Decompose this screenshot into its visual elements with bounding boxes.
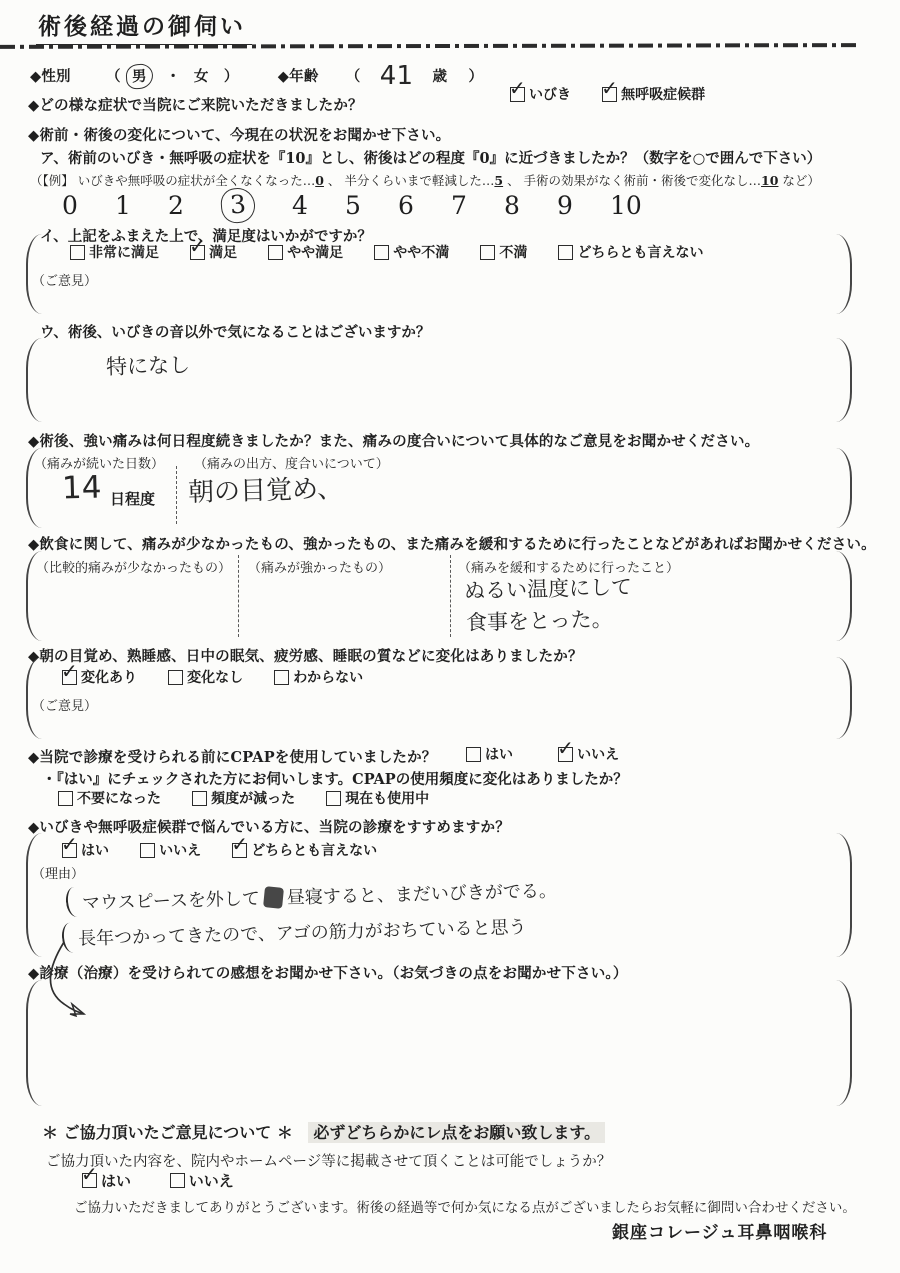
checkbox-cpap-still-using-icon[interactable]	[326, 791, 341, 806]
checkbox-dissatisfied-icon[interactable]	[480, 245, 495, 260]
recommend-reason-line2[interactable]: 長年つかってきたので、アゴの筋力がおちていると思う	[62, 911, 527, 953]
recommend-answer-box: はい いいえ どちらとも言えない （理由） マウスピースを外して昼寝すると、まだ…	[26, 833, 852, 957]
option-somewhat-dissatisfied[interactable]: やや不満	[374, 242, 449, 262]
gender-female: 女	[194, 68, 209, 85]
checkbox-recommend-no-icon[interactable]	[140, 843, 155, 858]
sleep-comment-label: （ご意見）	[32, 695, 97, 714]
option-recommend-no[interactable]: いいえ	[140, 840, 201, 860]
scale-4[interactable]: 4	[292, 191, 308, 220]
questionnaire-page: 術後経過の御伺い ◆性別 （ 男 ・ 女 ） ◆年齢 （ 41 歳 ） ◆どの様…	[0, 0, 900, 1273]
checkbox-apnea-icon[interactable]	[602, 87, 617, 102]
option-publish-no[interactable]: いいえ	[170, 1170, 234, 1191]
checkbox-cpap-unneeded-icon[interactable]	[58, 791, 73, 806]
symptom-question: ◆どの様な症状で当院にご来院いただきましたか？	[28, 94, 363, 115]
profile-row: ◆性別 （ 男 ・ 女 ） ◆年齢 （ 41 歳 ）	[30, 61, 483, 91]
option-somewhat-satisfied[interactable]: やや満足	[268, 242, 343, 262]
checkbox-satisfied-icon[interactable]	[190, 245, 205, 260]
option-satisfied[interactable]: 満足	[190, 242, 237, 262]
change-example: （【例】 いびきや無呼吸の症状が全くなくなった…0 、 半分くらいまで軽減した……	[30, 171, 820, 189]
other-concerns-answer-box: 特になし	[26, 338, 852, 422]
checkbox-cpap-less-frequent-icon[interactable]	[192, 791, 207, 806]
satisfaction-comment-label: （ご意見）	[32, 270, 97, 289]
page-title: 術後経過の御伺い	[36, 8, 252, 45]
option-no-change[interactable]: 変化なし	[168, 667, 243, 687]
option-neither-satisfaction[interactable]: どちらとも言えない	[558, 242, 703, 262]
satisfaction-options: 非常に満足 満足 やや満足 やや不満 不満 どちらとも言えない	[70, 242, 729, 264]
thanks-note: ご協力いただきましてありがとうございます。術後の経過等で何か気になる点がございま…	[74, 1196, 856, 1216]
rating-scale: 0 1 2 3 4 5 6 7 8 9 10	[62, 188, 642, 223]
option-unknown[interactable]: わからない	[274, 667, 363, 687]
option-publish-yes[interactable]: はい	[82, 1170, 131, 1191]
option-cpap-yes[interactable]: はい	[466, 744, 513, 764]
checkbox-very-satisfied-icon[interactable]	[70, 245, 85, 260]
scale-6[interactable]: 6	[398, 191, 414, 220]
cpap-followup-question: ・『はい』にチェックされた方にお伺いします。CPAPの使用頻度に変化はありました…	[42, 768, 628, 789]
change-heading: ◆術前・術後の変化について、今現在の状況をお聞かせ下さい。	[28, 124, 450, 145]
scale-2[interactable]: 2	[168, 191, 184, 220]
sleep-options: 変化あり 変化なし わからない	[62, 667, 389, 689]
checkbox-publish-no-icon[interactable]	[170, 1173, 185, 1188]
scale-9[interactable]: 9	[557, 191, 573, 220]
checkbox-recommend-neither-icon[interactable]	[232, 843, 247, 858]
publish-question: ご協力頂いた内容を、院内やホームページ等に掲載させて頂くことは可能でしょうか？	[46, 1150, 611, 1171]
food-answer-box: （比較的痛みが少なかったもの） （痛みが強かったもの） （痛みを緩和するために行…	[26, 551, 852, 641]
food-col1-label: （比較的痛みが少なかったもの）	[36, 557, 231, 576]
option-snoring[interactable]: いびき	[510, 84, 571, 104]
gender-male-circled: 男	[125, 63, 153, 89]
checkbox-cpap-no-icon[interactable]	[558, 747, 573, 762]
option-apnea[interactable]: 無呼吸症候群	[602, 84, 705, 104]
clinic-name: 銀座コレージュ耳鼻咽喉科	[612, 1218, 827, 1243]
food-divider-2	[450, 555, 451, 637]
scale-0[interactable]: 0	[62, 191, 78, 220]
handwritten-arrow-icon	[30, 942, 120, 1034]
food-divider-1	[238, 555, 239, 637]
age-label: ◆年齢	[278, 68, 319, 85]
checkbox-recommend-yes-icon[interactable]	[62, 843, 77, 858]
pain-detail-value[interactable]: 朝の目覚め、	[188, 468, 344, 509]
change-question-a: ア、術前のいびき・無呼吸の症状を『10』とし、術後はどの程度『0』に近づきました…	[40, 147, 821, 168]
cpap-followup-options: 不要になった 頻度が減った 現在も使用中	[58, 788, 455, 810]
hand-paren-icon	[64, 887, 78, 918]
pain-column-divider	[176, 466, 177, 524]
option-cpap-still-using[interactable]: 現在も使用中	[326, 788, 429, 808]
option-recommend-yes[interactable]: はい	[62, 840, 109, 860]
checkbox-unknown-icon[interactable]	[274, 670, 289, 685]
publish-note: ＊ ご協力頂いたご意見について ＊ 必ずどちらかにレ点をお願い致します。	[42, 1120, 605, 1143]
checkbox-publish-yes-icon[interactable]	[82, 1173, 97, 1188]
checkbox-cpap-yes-icon[interactable]	[466, 747, 481, 762]
checkbox-somewhat-satisfied-icon[interactable]	[268, 245, 283, 260]
checkbox-somewhat-dissatisfied-icon[interactable]	[374, 245, 389, 260]
option-cpap-no[interactable]: いいえ	[558, 744, 619, 764]
option-changed[interactable]: 変化あり	[62, 667, 137, 687]
scale-5[interactable]: 5	[345, 191, 361, 220]
food-col3-line2[interactable]: 食事をとった。	[466, 603, 613, 637]
publish-options: はい いいえ	[82, 1170, 260, 1192]
cpap-question: ◆当院で診療を受けられる前にCPAPを使用していましたか？	[28, 746, 437, 767]
food-col2-label: （痛みが強かったもの）	[248, 557, 391, 576]
pain-days-value[interactable]: 14	[62, 469, 102, 506]
option-cpap-unneeded[interactable]: 不要になった	[58, 788, 161, 808]
food-col3-line1[interactable]: ぬるい温度にして	[464, 571, 633, 605]
gender-label: ◆性別	[30, 68, 71, 85]
impression-answer-box	[26, 980, 852, 1106]
option-recommend-neither[interactable]: どちらとも言えない	[232, 840, 377, 860]
symptom-options: いびき 無呼吸症候群	[510, 84, 731, 106]
recommend-reason-label: （理由）	[32, 863, 84, 882]
recommend-reason-line1[interactable]: マウスピースを外して昼寝すると、まだいびきがでる。	[66, 875, 557, 918]
publish-note-emphasis: 必ずどちらかにレ点をお願い致します。	[308, 1122, 605, 1143]
pain-days-unit: 日程度	[110, 488, 155, 509]
checkbox-no-change-icon[interactable]	[168, 670, 183, 685]
recommend-options: はい いいえ どちらとも言えない	[62, 840, 403, 862]
scale-1[interactable]: 1	[115, 191, 131, 220]
scale-7[interactable]: 7	[451, 191, 467, 220]
pain-answer-box: （痛みが続いた日数） （痛みの出方、度合いについて） 14 日程度 朝の目覚め、	[26, 448, 852, 528]
option-very-satisfied[interactable]: 非常に満足	[70, 242, 159, 262]
dash-dot-divider	[0, 43, 860, 48]
age-value: 41	[380, 61, 413, 91]
scale-10[interactable]: 10	[610, 191, 642, 220]
other-concerns-answer[interactable]: 特になし	[106, 349, 191, 381]
checkbox-snoring-icon[interactable]	[510, 87, 525, 102]
option-cpap-less-frequent[interactable]: 頻度が減った	[192, 788, 295, 808]
checkbox-changed-icon[interactable]	[62, 670, 77, 685]
satisfaction-answer-box: 非常に満足 満足 やや満足 やや不満 不満 どちらとも言えない （ご意見）	[26, 234, 852, 314]
scale-3-circled[interactable]: 3	[220, 187, 256, 224]
strikeout-scribble	[263, 886, 284, 909]
cpap-options: はい いいえ	[466, 744, 645, 766]
checkbox-neither-satisfaction-icon[interactable]	[558, 245, 573, 260]
option-dissatisfied[interactable]: 不満	[480, 242, 527, 262]
scale-8[interactable]: 8	[504, 191, 520, 220]
sleep-answer-box: 変化あり 変化なし わからない （ご意見）	[26, 657, 852, 739]
